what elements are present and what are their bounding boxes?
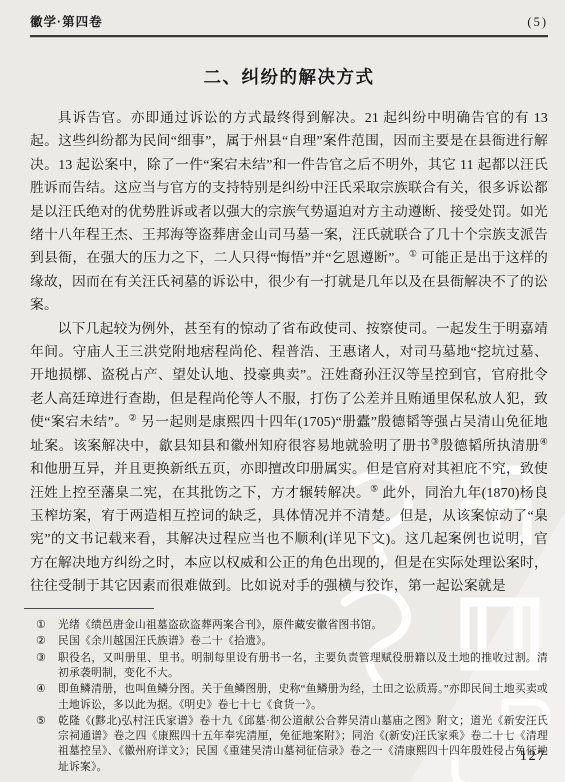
header-rule bbox=[30, 35, 548, 37]
section-title: 二、纠纷的解决方式 bbox=[30, 64, 548, 89]
footnote-text: 即鱼鳞清册，也叫鱼鳞分图。关于鱼鳞图册，史称“鱼鳞册为经，土田之讼质焉。”亦即民… bbox=[58, 683, 548, 710]
footnote-marker: ④ bbox=[36, 682, 46, 697]
footnote: ④即鱼鳞清册，也叫鱼鳞分图。关于鱼鳞图册，史称“鱼鳞册为经，土田之讼质焉。”亦即… bbox=[30, 682, 548, 713]
footnote-text: 乾隆《(黟北)弘村汪氏家谱》卷十九《邱墓·彻公道献公合葬吴清山墓庙之图》附文；道… bbox=[58, 715, 548, 773]
footnote: ③职役名，又叫册里、里书。明制每里设有册书一名，主要负责管理赋役册籍以及土地的推… bbox=[30, 651, 548, 682]
footnote-marker: ③ bbox=[36, 651, 46, 666]
footnote-ref: ② bbox=[129, 413, 138, 423]
footnote-marker: ② bbox=[36, 634, 46, 649]
book-title: 徽学·第四卷 bbox=[30, 12, 103, 30]
footnote-text: 光绪《绩邑唐金山祖墓盗砍盗葬两案合刊》，原件藏安徽省图书馆。 bbox=[58, 619, 383, 631]
footnote-text: 职役名，又叫册里、里书。明制每里设有册书一名，主要负责管理赋役册籍以及土地的推收… bbox=[58, 652, 548, 679]
footnote-text: 民国《余川越国汪氏族谱》卷二十《拾遗》。 bbox=[58, 635, 273, 647]
footnote-ref: ① bbox=[409, 249, 417, 259]
footnote: ①光绪《绩邑唐金山祖墓盗砍盗葬两案合刊》，原件藏安徽省图书馆。 bbox=[30, 618, 548, 633]
footnote-marker: ① bbox=[36, 618, 46, 633]
footnote-ref: ③ bbox=[431, 436, 440, 446]
issue-number: (5) bbox=[527, 15, 548, 30]
page-content: 徽学·第四卷 (5) 二、纠纷的解决方式 具诉告官。亦即通过诉讼的方式最终得到解… bbox=[0, 0, 565, 775]
footnote-ref: ⑤ bbox=[370, 483, 378, 493]
page-number: 127 bbox=[520, 748, 546, 765]
footnote-ref: ④ bbox=[540, 436, 548, 446]
scanned-book-page: { "page_header": { "book_title": "徽学·第四卷… bbox=[0, 0, 565, 782]
footnotes: ①光绪《绩邑唐金山祖墓盗砍盗葬两案合刊》，原件藏安徽省图书馆。②民国《余川越国汪… bbox=[30, 618, 548, 775]
paragraph: 以下几起较为例外，甚至有的惊动了省布政使司、按察使司。一起发生于明嘉靖年间。守庙… bbox=[30, 317, 548, 598]
footnote-rule bbox=[24, 608, 154, 610]
footnote-marker: ⑤ bbox=[36, 714, 46, 729]
body-text: 具诉告官。亦即通过诉讼的方式最终得到解决。21 起纠纷中明确告官的有 13 起。… bbox=[30, 106, 548, 598]
footnote: ⑤乾隆《(黟北)弘村汪氏家谱》卷十九《邱墓·彻公道献公合葬吴清山墓庙之图》附文；… bbox=[30, 714, 548, 775]
running-head: 徽学·第四卷 (5) bbox=[30, 10, 548, 30]
footnote: ②民国《余川越国汪氏族谱》卷二十《拾遗》。 bbox=[30, 634, 548, 649]
paragraph: 具诉告官。亦即通过诉讼的方式最终得到解决。21 起纠纷中明确告官的有 13 起。… bbox=[30, 106, 548, 317]
